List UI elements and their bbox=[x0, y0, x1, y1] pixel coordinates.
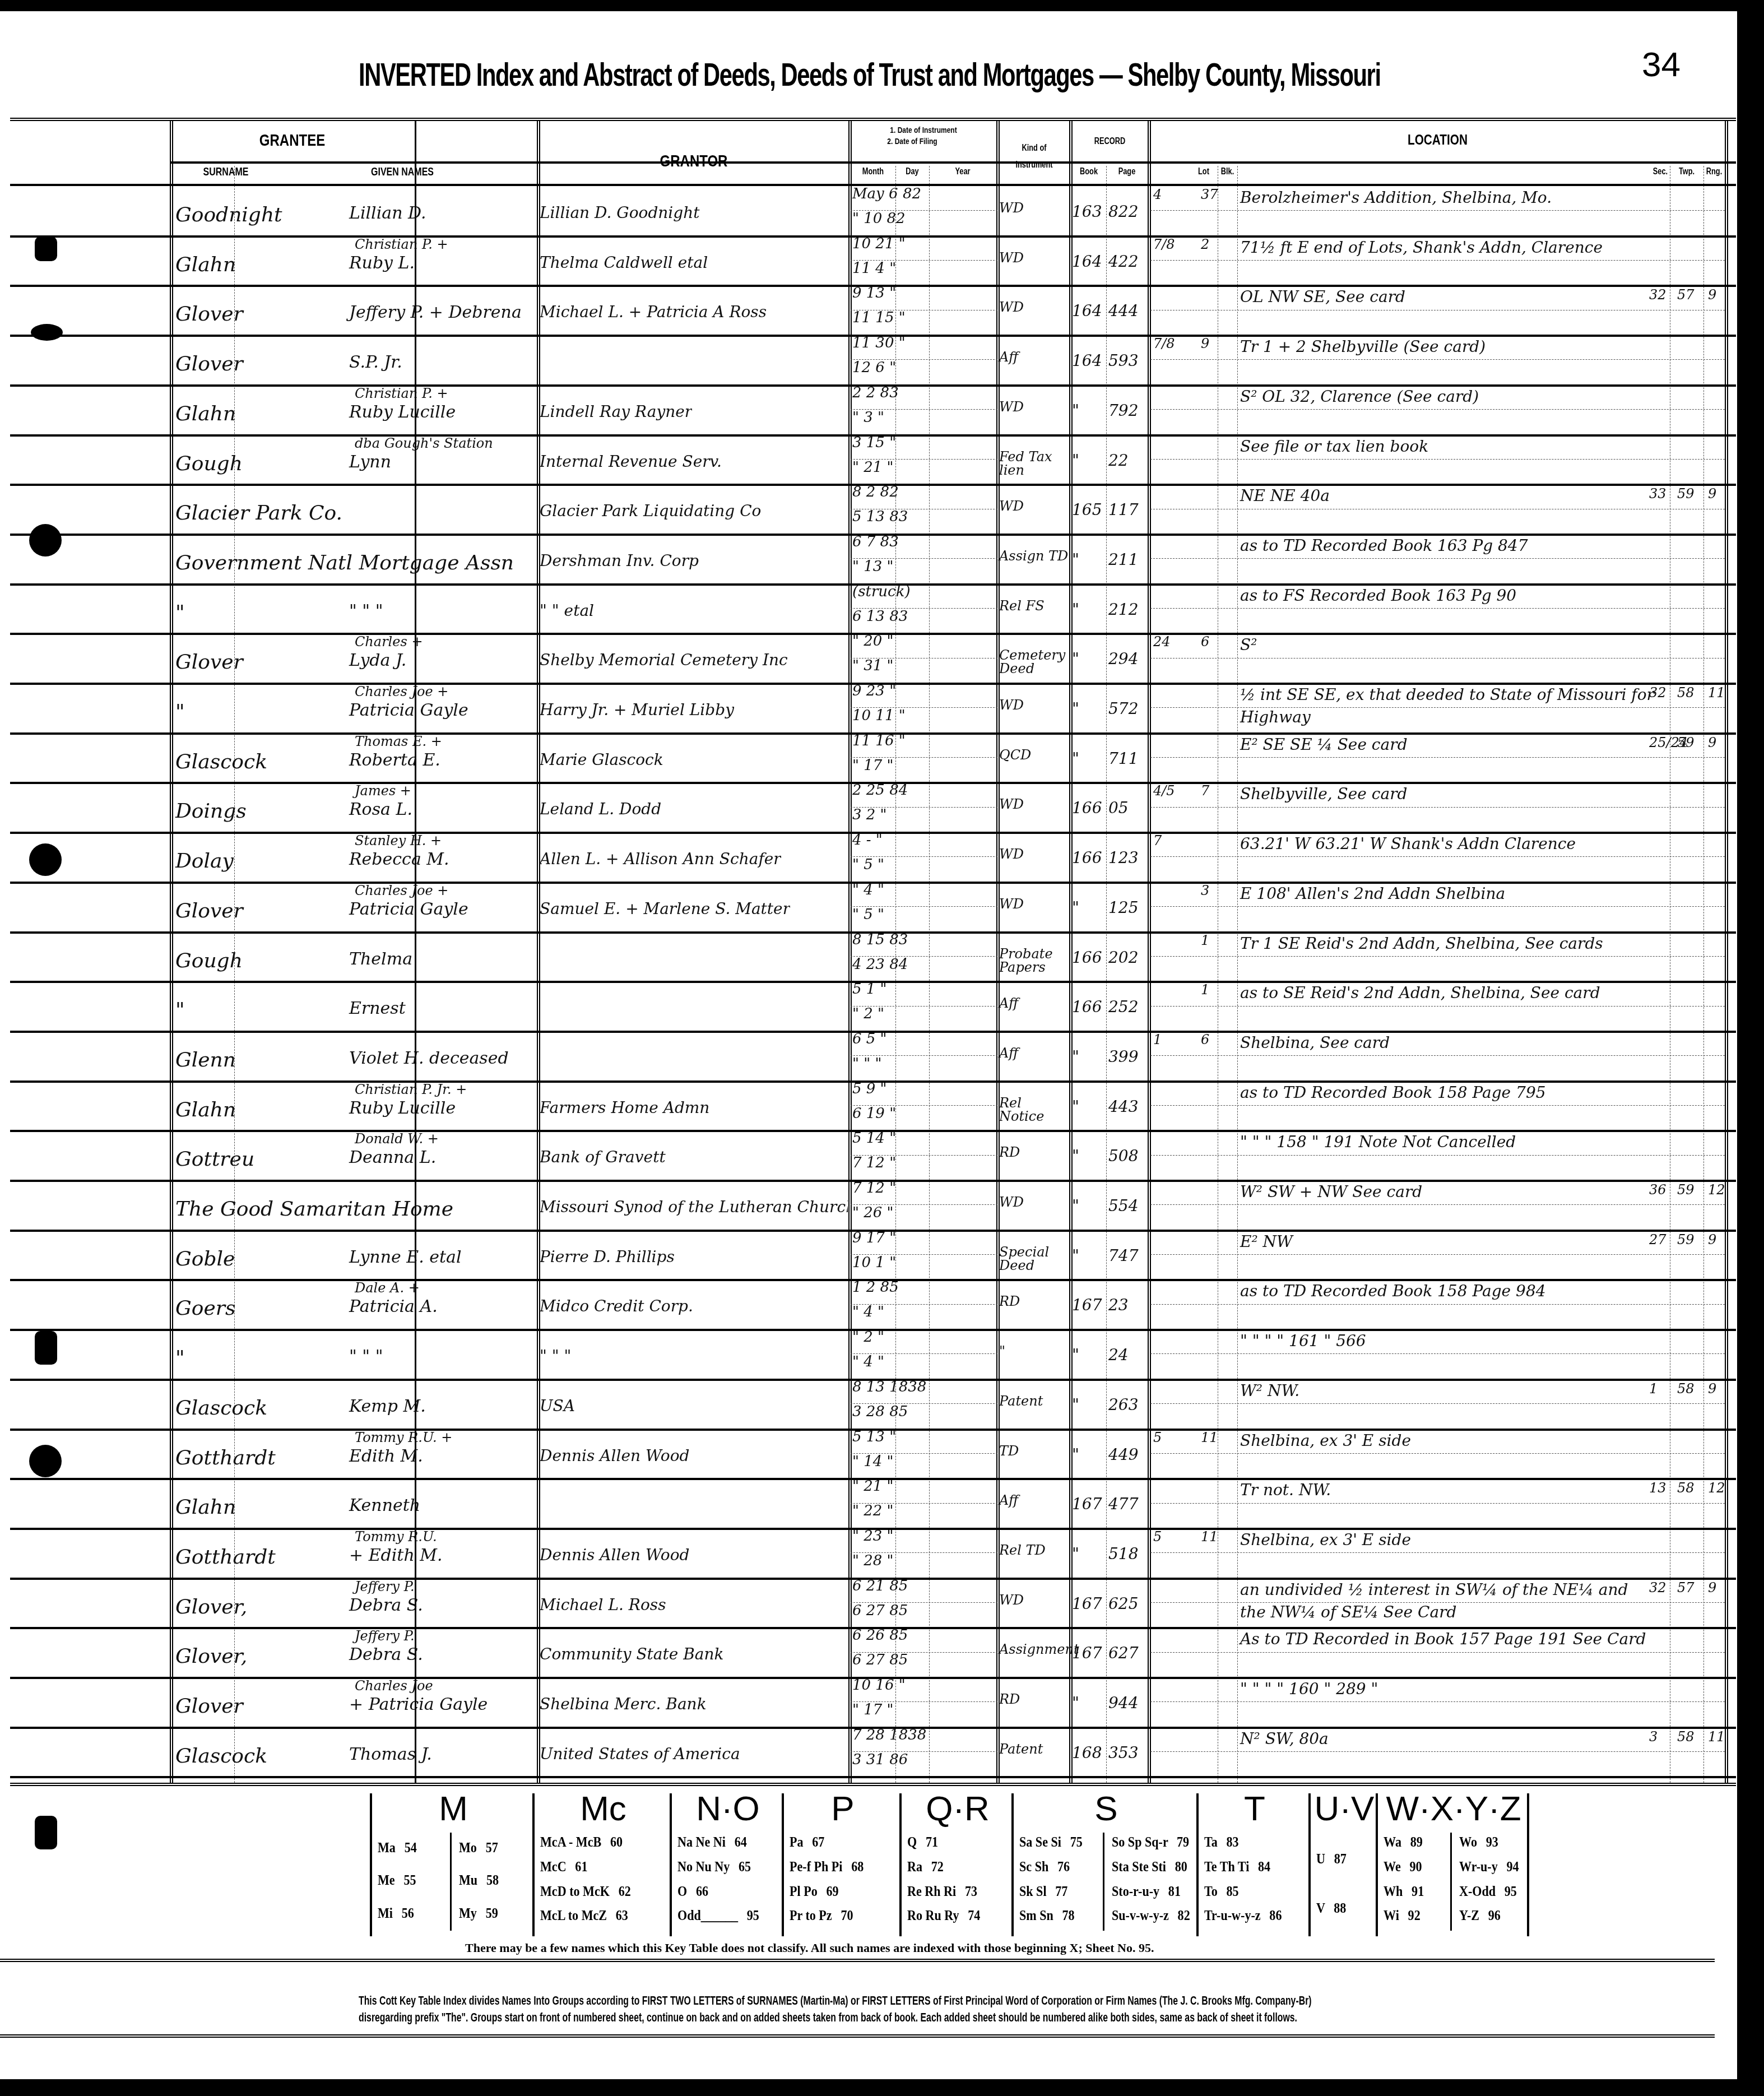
table-row[interactable]: Glacier Park Co. Glacier Park Liquidatin… bbox=[170, 484, 1736, 534]
surname-cell: Glover bbox=[175, 353, 243, 375]
given-names-cell: Kemp M. bbox=[349, 1397, 426, 1416]
location-blk: 3 bbox=[1201, 883, 1209, 898]
kind-of-instrument: WD bbox=[999, 698, 1024, 712]
grantor-cell: Midco Credit Corp. bbox=[540, 1297, 693, 1315]
key-entry: McL to McZ 63 bbox=[540, 1907, 628, 1924]
record-book: " bbox=[1072, 749, 1079, 768]
location-rng: 12 bbox=[1708, 1182, 1725, 1198]
location-sec: 13 bbox=[1649, 1480, 1666, 1496]
date-instrument: 5 9 " bbox=[852, 1081, 887, 1097]
key-group: U·V U 87 V 88 bbox=[1308, 1793, 1378, 1936]
key-group-letter: T bbox=[1199, 1789, 1311, 1829]
grantor-cell: " " etal bbox=[540, 601, 594, 620]
date-instrument: 5 14 " bbox=[852, 1130, 896, 1147]
surname-cell: Government Natl Mortgage Assn bbox=[175, 551, 514, 574]
header-surname: SURNAME bbox=[181, 166, 271, 179]
kind-of-instrument: WD bbox=[999, 300, 1024, 314]
location-twp: 59 bbox=[1677, 486, 1695, 502]
key-entry: Tr-u-w-y-z 86 bbox=[1204, 1907, 1282, 1924]
date-filing: " 17 " bbox=[852, 757, 894, 774]
given-names-cell: Patricia Gayle bbox=[349, 899, 468, 919]
location-description: ½ int SE SE, ex that deeded to State of … bbox=[1240, 684, 1655, 729]
table-row[interactable]: Tommy R.U. Gotthardt + Edith M. Dennis A… bbox=[170, 1528, 1736, 1578]
grantor-cell: Leland L. Dodd bbox=[540, 800, 661, 818]
given-names-upper: dba Gough's Station bbox=[355, 435, 493, 451]
given-names-cell: + Patricia Gayle bbox=[349, 1695, 488, 1714]
given-names-cell: Debra S. bbox=[349, 1596, 423, 1615]
surname-cell: Gotthardt bbox=[175, 1446, 276, 1469]
key-entry: U 87 bbox=[1316, 1851, 1347, 1867]
kind-of-instrument: QCD bbox=[999, 748, 1031, 762]
given-names-cell: Thomas J. bbox=[349, 1745, 432, 1764]
key-group-letter: Q·R bbox=[902, 1789, 1014, 1829]
kind-of-instrument: Assign TD bbox=[999, 549, 1068, 563]
key-entry: To 85 bbox=[1204, 1883, 1239, 1900]
location-lot: 4 bbox=[1153, 187, 1162, 202]
record-book: " bbox=[1072, 401, 1079, 420]
location-description: Tr not. NW. bbox=[1240, 1479, 1331, 1501]
surname-cell: " bbox=[175, 1347, 185, 1370]
given-names-cell: " " " bbox=[349, 1347, 383, 1366]
surname-cell: Goble bbox=[175, 1248, 235, 1270]
table-row[interactable]: Glover S.P. Jr. 11 30 " 12 6 " Aff 164 5… bbox=[170, 335, 1736, 384]
location-twp: 59 bbox=[1677, 735, 1695, 750]
surname-cell: " bbox=[175, 999, 185, 1022]
table-row[interactable]: Jeffery P. Glover, Debra S. Michael L. R… bbox=[170, 1578, 1736, 1627]
surname-cell: Glascock bbox=[175, 750, 267, 773]
location-description: N² SW, 80a bbox=[1240, 1728, 1329, 1750]
location-blk: 1 bbox=[1201, 933, 1209, 948]
key-group: Mc McA - McB 60 McC 61 McD to McK 62 McL… bbox=[532, 1793, 672, 1936]
header-blk: Blk. bbox=[1220, 167, 1236, 177]
date-filing: " 21 " bbox=[852, 459, 894, 476]
record-page: 792 bbox=[1108, 401, 1138, 420]
date-filing: 7 12 " bbox=[852, 1154, 896, 1171]
key-entry: McA - McB 60 bbox=[540, 1834, 623, 1851]
given-names-upper: Charles Joe + bbox=[355, 883, 448, 898]
key-entry: Sta Ste Sti 80 bbox=[1112, 1858, 1187, 1875]
date-instrument: 5 1 " bbox=[852, 981, 887, 998]
record-book: " bbox=[1072, 1197, 1079, 1215]
record-book: " bbox=[1072, 600, 1079, 619]
surname-cell: Glacier Park Co. bbox=[175, 502, 342, 525]
header-grantee: GRANTEE bbox=[194, 131, 391, 150]
given-names-upper: Charles + bbox=[355, 634, 423, 650]
record-page: 24 bbox=[1108, 1346, 1129, 1364]
key-entry: Pr to Pz 70 bbox=[790, 1907, 853, 1924]
date-instrument: " 23 " bbox=[852, 1528, 894, 1545]
header-twp: Twp. bbox=[1673, 167, 1700, 177]
surname-cell: Glahn bbox=[175, 402, 236, 425]
title-inverted: INVERTED bbox=[359, 57, 471, 93]
table-row[interactable]: Charles Joe + " Patricia Gayle Harry Jr.… bbox=[170, 683, 1736, 732]
record-book: 166 bbox=[1072, 948, 1102, 967]
record-page: 572 bbox=[1108, 699, 1138, 718]
record-page: 944 bbox=[1108, 1694, 1138, 1712]
date-instrument: 6 5 " bbox=[852, 1031, 887, 1047]
table-row[interactable]: Stanley H. + Dolay Rebecca M. Allen L. +… bbox=[170, 832, 1736, 882]
surname-cell: Glover, bbox=[175, 1645, 247, 1668]
kind-of-instrument: Assignment bbox=[999, 1643, 1069, 1656]
table-row[interactable]: Glenn Violet H. deceased 6 5 " " " " Aff… bbox=[170, 1031, 1736, 1081]
given-names-cell: Lynne E. etal bbox=[349, 1248, 462, 1267]
given-names-cell: Thelma bbox=[349, 949, 412, 969]
location-description: as to FS Recorded Book 163 Pg 90 bbox=[1240, 585, 1516, 607]
table-row[interactable]: Tommy R.U. + Gotthardt Edith M. Dennis A… bbox=[170, 1429, 1736, 1478]
table-row[interactable]: Glascock Kemp M. USA 8 13 1838 3 28 85 P… bbox=[170, 1379, 1736, 1429]
date-filing: 12 6 " bbox=[852, 359, 896, 376]
table-row[interactable]: Thomas E. + Glascock Roberta E. Marie Gl… bbox=[170, 732, 1736, 782]
location-description: as to TD Recorded Book 163 Pg 847 bbox=[1240, 535, 1528, 557]
date-filing: " 5 " bbox=[852, 906, 884, 923]
kind-of-instrument: WD bbox=[999, 797, 1024, 811]
date-filing: 11 4 " bbox=[852, 260, 896, 277]
location-description: E² NW bbox=[1240, 1231, 1293, 1253]
header-record: RECORD bbox=[1080, 137, 1140, 147]
given-names-cell: Jeffery P. + Debrena bbox=[349, 303, 522, 322]
grantor-cell: Dennis Allen Wood bbox=[540, 1446, 689, 1465]
key-group: S Sa Se Si 75 Sc Sh 76 Sk Sl 77 Sm Sn 78… bbox=[1011, 1793, 1199, 1936]
date-filing: " 2 " bbox=[852, 1005, 884, 1022]
key-entry: Mu 58 bbox=[459, 1872, 499, 1889]
location-description: W² SW + NW See card bbox=[1240, 1181, 1422, 1203]
grantor-cell: United States of America bbox=[540, 1745, 740, 1763]
grantor-cell: Missouri Synod of the Lutheran Church in… bbox=[540, 1198, 848, 1216]
kind-of-instrument: WD bbox=[999, 400, 1024, 414]
header-sec: Sec. bbox=[1651, 167, 1669, 177]
location-description: 63.21' W 63.21' W Shank's Addn Clarence bbox=[1240, 833, 1576, 855]
location-rng: 11 bbox=[1708, 1729, 1725, 1745]
table-row[interactable]: " " " " " " etal (struck) 6 13 83 Rel FS… bbox=[170, 583, 1736, 633]
date-filing: " 17 " bbox=[852, 1701, 894, 1718]
location-description: See file or tax lien book bbox=[1240, 435, 1428, 458]
location-description: Shelbina, ex 3' E side bbox=[1240, 1529, 1411, 1551]
grantor-cell: Farmers Home Admn bbox=[540, 1098, 709, 1117]
location-description: Shelbyville, See card bbox=[1240, 783, 1407, 805]
footer-line-2: disregarding prefix "The". Groups start … bbox=[359, 2009, 1312, 2026]
location-rng: 9 bbox=[1708, 1232, 1716, 1248]
record-book: 165 bbox=[1072, 500, 1102, 519]
location-blk: 9 bbox=[1201, 336, 1209, 351]
header-location: LOCATION bbox=[1208, 131, 1668, 149]
kind-of-instrument: Fed Tax lien bbox=[999, 450, 1069, 477]
key-group-letter: S bbox=[1014, 1789, 1199, 1829]
surname-cell: Gough bbox=[175, 949, 243, 972]
record-book: " bbox=[1072, 1694, 1079, 1712]
table-row[interactable]: Donald W. + Gottreu Deanna L. Bank of Gr… bbox=[170, 1130, 1736, 1180]
kind-of-instrument: Special Deed bbox=[999, 1245, 1069, 1272]
table-row[interactable]: Glover Jeffery P. + Debrena Michael L. +… bbox=[170, 285, 1736, 335]
location-sec: 32 bbox=[1649, 685, 1666, 701]
location-twp: 59 bbox=[1677, 1182, 1695, 1198]
location-sec: 3 bbox=[1649, 1729, 1658, 1745]
key-entry: O 66 bbox=[677, 1883, 708, 1900]
key-entry: Wo 93 bbox=[1459, 1834, 1498, 1851]
date-instrument: " 20 " bbox=[852, 633, 894, 650]
kind-of-instrument: Aff bbox=[999, 350, 1018, 364]
record-page: 211 bbox=[1108, 550, 1138, 569]
record-book: " bbox=[1072, 699, 1079, 718]
location-description: NE NE 40a bbox=[1240, 485, 1330, 507]
header-date-2: 2. Date of Filing bbox=[863, 137, 962, 146]
surname-cell: Dolay bbox=[175, 850, 234, 873]
grantor-cell: Shelby Memorial Cemetery Inc bbox=[540, 651, 788, 669]
given-names-cell: Ernest bbox=[349, 999, 406, 1018]
record-page: 22 bbox=[1108, 451, 1129, 470]
location-description: Tr 1 SE Reid's 2nd Addn, Shelbina, See c… bbox=[1240, 933, 1603, 955]
date-filing: 4 23 84 bbox=[852, 956, 908, 973]
given-names-upper: Tommy R.U. + bbox=[355, 1430, 452, 1445]
record-page: 747 bbox=[1108, 1246, 1138, 1265]
location-description: E 108' Allen's 2nd Addn Shelbina bbox=[1240, 883, 1505, 905]
header-book: Book bbox=[1075, 167, 1102, 177]
surname-cell: Glahn bbox=[175, 253, 236, 276]
key-entry: Sc Sh 76 bbox=[1019, 1858, 1070, 1875]
table-row[interactable]: " Ernest 5 1 " " 2 " Aff 166 252 1 as to… bbox=[170, 981, 1736, 1031]
given-names-upper: Charles Joe bbox=[355, 1678, 433, 1694]
date-filing: 10 1 " bbox=[852, 1254, 896, 1271]
key-entry: We 90 bbox=[1384, 1858, 1422, 1875]
kind-of-instrument: RD bbox=[999, 1146, 1020, 1159]
date-filing: 6 27 85 bbox=[852, 1602, 908, 1619]
surname-cell: Glover bbox=[175, 651, 243, 674]
date-instrument: " 4 " bbox=[852, 882, 884, 898]
given-names-cell: Roberta E. bbox=[349, 750, 440, 770]
key-entry: Q 71 bbox=[907, 1834, 938, 1851]
location-sec: 32 bbox=[1649, 1580, 1666, 1596]
location-description: " " " " 161 " 566 bbox=[1240, 1330, 1366, 1352]
location-description: Shelbina, See card bbox=[1240, 1032, 1390, 1054]
date-filing: " 13 " bbox=[852, 558, 894, 575]
footer-instructions: This Cott Key Table Index divides Names … bbox=[359, 1992, 1312, 2026]
date-filing: " 4 " bbox=[852, 1304, 884, 1320]
key-entry: X-Odd 95 bbox=[1459, 1883, 1517, 1900]
key-group: M Ma 54 Me 55 Mi 56 Mo 57 Mu 58 My 59 bbox=[370, 1793, 535, 1936]
key-entry: Sto-r-u-y 81 bbox=[1112, 1883, 1181, 1900]
location-description: W² NW. bbox=[1240, 1380, 1299, 1402]
table-row[interactable]: James + Doings Rosa L. Leland L. Dodd 2 … bbox=[170, 782, 1736, 832]
surname-cell: Glahn bbox=[175, 1098, 236, 1121]
location-blk: 11 bbox=[1201, 1430, 1218, 1445]
location-twp: 57 bbox=[1677, 1580, 1695, 1596]
header-lot: Lot bbox=[1195, 167, 1213, 177]
grantor-cell: " " " bbox=[540, 1347, 571, 1365]
location-description: 71½ ft E end of Lots, Shank's Addn, Clar… bbox=[1240, 237, 1603, 259]
key-entry: Ro Ru Ry 74 bbox=[907, 1907, 980, 1924]
key-entry: Pl Po 69 bbox=[790, 1883, 839, 1900]
kind-of-instrument: WD bbox=[999, 1593, 1024, 1607]
given-names-cell: Lillian D. bbox=[349, 203, 426, 223]
grantor-cell: Lindell Ray Rayner bbox=[540, 402, 692, 421]
key-entry: Ta 83 bbox=[1204, 1834, 1239, 1851]
record-page: 444 bbox=[1108, 302, 1138, 320]
key-entry: Sa Se Si 75 bbox=[1019, 1834, 1083, 1851]
location-blk: 2 bbox=[1201, 237, 1209, 252]
kind-of-instrument: Rel Notice bbox=[999, 1096, 1069, 1123]
record-book: " bbox=[1072, 1445, 1079, 1464]
date-instrument: 9 23 " bbox=[852, 683, 896, 699]
scan-border bbox=[1737, 0, 1764, 2096]
location-blk: 37 bbox=[1201, 187, 1218, 202]
record-book: " bbox=[1072, 650, 1079, 668]
key-group: P Pa 67 Pe-f Ph Pi 68 Pl Po 69 Pr to Pz … bbox=[782, 1793, 902, 1936]
kind-of-instrument: Rel FS bbox=[999, 599, 1045, 613]
date-instrument: " 21 " bbox=[852, 1478, 894, 1495]
date-instrument: 11 16 " bbox=[852, 732, 906, 749]
key-entry: Wa 89 bbox=[1384, 1834, 1423, 1851]
key-entry: My 59 bbox=[459, 1905, 498, 1922]
record-book: 164 bbox=[1072, 351, 1102, 370]
date-instrument: " 2 " bbox=[852, 1329, 884, 1346]
given-names-cell: " " " bbox=[349, 601, 383, 621]
table-row[interactable]: Dale A. + Goers Patricia A. Midco Credit… bbox=[170, 1279, 1736, 1329]
given-names-cell: S.P. Jr. bbox=[349, 353, 402, 372]
given-names-cell: Rosa L. bbox=[349, 800, 412, 819]
table-row[interactable]: Charles + Glover Lyda J. Shelby Memorial… bbox=[170, 633, 1736, 683]
date-filing: 3 28 85 bbox=[852, 1403, 908, 1420]
location-description: E² SE SE ¼ See card bbox=[1240, 734, 1408, 756]
table-row[interactable]: Christian P. Jr. + Glahn Ruby Lucille Fa… bbox=[170, 1081, 1736, 1130]
kind-of-instrument: " bbox=[999, 1344, 1005, 1358]
record-book: " bbox=[1072, 1047, 1079, 1066]
date-instrument: 8 2 82 bbox=[852, 484, 899, 500]
kind-of-instrument: WD bbox=[999, 201, 1024, 215]
key-group: N·O Na Ne Ni 64 No Nu Ny 65 O 66 Odd____… bbox=[670, 1793, 784, 1936]
key-entry: Wr-u-y 94 bbox=[1459, 1858, 1519, 1875]
surname-cell: Goers bbox=[175, 1297, 235, 1320]
date-instrument: 6 7 83 bbox=[852, 534, 899, 550]
key-entry: Mi 56 bbox=[378, 1905, 414, 1922]
table-row[interactable]: Government Natl Mortgage Assn Dershman I… bbox=[170, 534, 1736, 583]
table-row[interactable]: The Good Samaritan Home Missouri Synod o… bbox=[170, 1180, 1736, 1230]
given-names-cell: + Edith M. bbox=[349, 1546, 443, 1565]
surname-cell: Glahn bbox=[175, 1496, 236, 1519]
kind-of-instrument: WD bbox=[999, 1195, 1024, 1209]
date-instrument: 2 25 84 bbox=[852, 782, 908, 799]
grantor-cell: Internal Revenue Serv. bbox=[540, 452, 722, 471]
record-book: " bbox=[1072, 1346, 1079, 1364]
date-filing: " 4 " bbox=[852, 1353, 884, 1370]
given-names-cell: Deanna L. bbox=[349, 1148, 436, 1167]
surname-cell: Gough bbox=[175, 452, 243, 475]
location-blk: 1 bbox=[1201, 982, 1209, 998]
surname-cell: Doings bbox=[175, 800, 247, 823]
header-month: Month bbox=[855, 167, 891, 177]
record-book: 164 bbox=[1072, 302, 1102, 320]
date-filing: " 14 " bbox=[852, 1453, 894, 1470]
record-book: " bbox=[1072, 1395, 1079, 1414]
table-row[interactable]: " " " " " " " " 2 " " 4 " " " 24 " " " "… bbox=[170, 1329, 1736, 1379]
date-filing: " 22 " bbox=[852, 1503, 894, 1519]
kind-of-instrument: RD bbox=[999, 1295, 1020, 1308]
kind-of-instrument: WD bbox=[999, 499, 1024, 513]
header-day: Day bbox=[899, 167, 926, 177]
key-group-letter: Mc bbox=[535, 1789, 672, 1829]
location-lot: 7/8 bbox=[1153, 237, 1175, 252]
given-names-upper: Christian P. Jr. + bbox=[355, 1082, 467, 1097]
table-row[interactable]: Glascock Thomas J. United States of Amer… bbox=[170, 1727, 1736, 1777]
record-page: 449 bbox=[1108, 1445, 1138, 1464]
record-book: " bbox=[1072, 1147, 1079, 1165]
grantor-cell: Dennis Allen Wood bbox=[540, 1546, 689, 1564]
grantor-cell: Bank of Gravett bbox=[540, 1148, 666, 1166]
kind-of-instrument: WD bbox=[999, 847, 1024, 861]
grantor-cell: Allen L. + Allison Ann Schafer bbox=[540, 850, 781, 868]
date-filing: " 31 " bbox=[852, 657, 894, 674]
given-names-cell: Lynn bbox=[349, 452, 391, 472]
date-filing: 11 15 " bbox=[852, 309, 906, 326]
record-book: 166 bbox=[1072, 799, 1102, 817]
location-sec: 33 bbox=[1649, 486, 1666, 502]
table-row[interactable]: Goodnight Lillian D. Lillian D. Goodnigh… bbox=[170, 186, 1736, 235]
location-lot: 5 bbox=[1153, 1430, 1162, 1445]
grantor-cell: Marie Glascock bbox=[540, 750, 663, 769]
key-entry: Re Rh Ri 73 bbox=[907, 1883, 977, 1900]
page-title: INVERTED Index and Abstract of Deeds, De… bbox=[359, 56, 1381, 94]
table-row[interactable]: Christian P. + Glahn Ruby Lucille Lindel… bbox=[170, 384, 1736, 434]
given-names-cell: Ruby Lucille bbox=[349, 1098, 456, 1118]
date-instrument: 10 16 " bbox=[852, 1677, 906, 1694]
record-page: 443 bbox=[1108, 1097, 1138, 1116]
date-instrument: 8 15 83 bbox=[852, 931, 908, 948]
record-page: 822 bbox=[1108, 202, 1138, 221]
table-row[interactable]: Goble Lynne E. etal Pierre D. Phillips 9… bbox=[170, 1230, 1736, 1279]
date-filing: 3 2 " bbox=[852, 806, 887, 823]
table-row[interactable]: Christian P. + Glahn Ruby L. Thelma Cald… bbox=[170, 235, 1736, 285]
location-rng: 9 bbox=[1708, 1381, 1716, 1397]
given-names-upper: Christian P. + bbox=[355, 237, 448, 252]
surname-cell: Goodnight bbox=[175, 203, 282, 226]
table-row[interactable]: Glahn Kenneth " 21 " " 22 " Aff 167 477 … bbox=[170, 1478, 1736, 1528]
footer-line-1: This Cott Key Table Index divides Names … bbox=[359, 1992, 1312, 2009]
record-book: " bbox=[1072, 1097, 1079, 1116]
location-blk: 6 bbox=[1201, 1032, 1209, 1047]
key-entry: Ma 54 bbox=[378, 1839, 417, 1856]
surname-cell: " bbox=[175, 701, 185, 724]
table-row[interactable]: Charles Joe + Glover Patricia Gayle Samu… bbox=[170, 882, 1736, 931]
key-entry: Su-v-w-y-z 82 bbox=[1112, 1907, 1190, 1924]
header-year: Year bbox=[936, 167, 990, 177]
given-names-upper: Stanley H. + bbox=[355, 833, 442, 848]
key-group: T Ta 83 Te Th Ti 84 To 85 Tr-u-w-y-z 86 bbox=[1196, 1793, 1311, 1936]
grantor-cell: Pierre D. Phillips bbox=[540, 1248, 675, 1266]
kind-of-instrument: WD bbox=[999, 897, 1024, 911]
header-page: Page bbox=[1110, 167, 1143, 177]
table-row[interactable]: dba Gough's Station Gough Lynn Internal … bbox=[170, 434, 1736, 484]
record-page: 294 bbox=[1108, 650, 1138, 668]
table-row[interactable]: Gough Thelma 8 15 83 4 23 84 Probate Pap… bbox=[170, 931, 1736, 981]
date-instrument: 8 13 1838 bbox=[852, 1379, 926, 1395]
date-instrument: (struck) bbox=[852, 583, 911, 600]
record-page: 353 bbox=[1108, 1743, 1138, 1762]
record-page: 477 bbox=[1108, 1495, 1138, 1513]
table-row[interactable]: Jeffery P. Glover, Debra S. Community St… bbox=[170, 1627, 1736, 1677]
record-page: 05 bbox=[1108, 799, 1129, 817]
record-book: 168 bbox=[1072, 1743, 1102, 1762]
record-page: 711 bbox=[1108, 749, 1138, 768]
key-entry: Wi 92 bbox=[1384, 1907, 1421, 1924]
key-entry: Wh 91 bbox=[1384, 1883, 1424, 1900]
location-description: S² bbox=[1240, 634, 1257, 656]
table-row[interactable]: Charles Joe Glover + Patricia Gayle Shel… bbox=[170, 1677, 1736, 1727]
date-instrument: 7 12 " bbox=[852, 1180, 896, 1197]
location-description: as to TD Recorded Book 158 Page 984 bbox=[1240, 1280, 1546, 1302]
kind-of-instrument: Aff bbox=[999, 996, 1018, 1010]
key-group-letter: W·X·Y·Z bbox=[1378, 1789, 1529, 1829]
location-description: as to SE Reid's 2nd Addn, Shelbina, See … bbox=[1240, 982, 1600, 1004]
location-lot: 5 bbox=[1153, 1529, 1162, 1545]
grantor-cell: Thelma Caldwell etal bbox=[540, 253, 708, 272]
